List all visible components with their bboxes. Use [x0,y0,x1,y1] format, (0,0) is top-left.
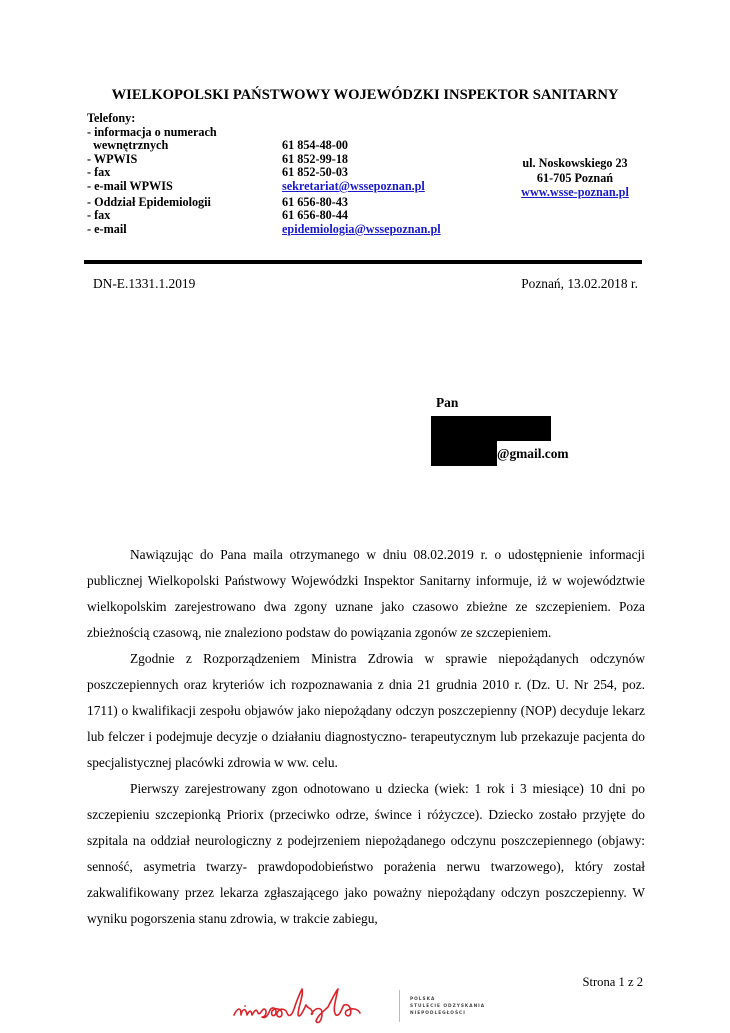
contact-label: - e-mail [87,223,127,237]
recipient-salutation: Pan [436,395,458,411]
email-epidemiology-link[interactable]: epidemiologia@wssepoznan.pl [282,223,441,237]
letter-body: Nawiązując do Pana maila otrzymanego w d… [87,542,645,932]
address-street: ul. Noskowskiego 23 [500,156,650,171]
reference-number: DN-E.1331.1.2019 [93,276,195,292]
logo-tagline-line: NIEPODLEGŁOŚCI [410,1010,485,1017]
website-link[interactable]: www.wsse-poznan.pl [521,185,629,199]
body-paragraph: Zgodnie z Rozporządzeniem Ministra Zdrow… [87,646,645,776]
contact-label: wewnętrznych [87,139,168,153]
place-date: Poznań, 13.02.2018 r. [521,276,638,292]
recipient-email: @gmail.com [497,446,569,462]
contact-label: - informacja o numerach [87,126,217,140]
redaction-box [431,416,551,441]
contact-value: 61 656-80-43 [282,196,348,210]
logo-divider [399,990,400,1022]
contact-label: - fax [87,166,110,180]
email-wpwis-link[interactable]: sekretariat@wssepoznan.pl [282,180,425,194]
contact-value: 61 852-50-03 [282,166,348,180]
contact-label: - e-mail WPWIS [87,180,173,194]
contact-value: 61 852-99-18 [282,153,348,167]
contact-value: 61 854-48-00 [282,139,348,153]
header-divider [84,260,642,264]
logo-tagline-line: STULECIE ODZYSKANIA [410,1003,485,1010]
body-paragraph: Pierwszy zarejestrowany zgon odnotowano … [87,776,645,932]
logo-tagline-line: POLSKA [410,996,485,1003]
institution-title: WIELKOPOLSKI PAŃSTWOWY WOJEWÓDZKI INSPEK… [0,87,730,104]
contact-label: - WPWIS [87,153,137,167]
niepodlegla-logo-icon [232,985,392,1030]
address-city: 61-705 Poznań [500,171,650,186]
contact-label: - fax [87,209,110,223]
contact-value: 61 656-80-44 [282,209,348,223]
logo-tagline: POLSKA STULECIE ODZYSKANIA NIEPODLEGŁOŚC… [410,996,485,1017]
contact-label: - Oddział Epidemiologii [87,196,211,210]
contacts-heading-label: Telefony: [87,112,135,126]
redaction-box [431,441,497,466]
page-number: Strona 1 z 2 [582,975,643,990]
address-block: ul. Noskowskiego 23 61-705 Poznań www.ws… [500,156,650,200]
body-paragraph: Nawiązując do Pana maila otrzymanego w d… [87,542,645,646]
